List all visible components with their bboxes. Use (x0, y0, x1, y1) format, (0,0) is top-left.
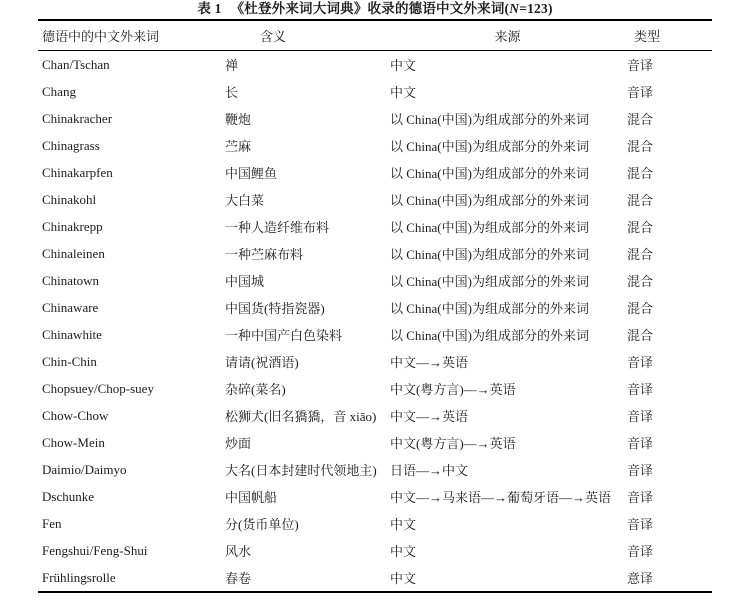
table-caption-count: =123) (519, 1, 552, 16)
cell-source: 中文 (390, 537, 625, 564)
cell-german-word: Frühlingsrolle (38, 564, 225, 592)
table-row: Chinakracher 鞭炮 以 China(中国)为组成部分的外来词 混合 (38, 105, 712, 132)
cell-source: 以 China(中国)为组成部分的外来词 (390, 186, 625, 213)
cell-source: 以 China(中国)为组成部分的外来词 (390, 105, 625, 132)
table-row: Chan/Tschan 禅 中文 音译 (38, 51, 712, 79)
cell-type: 混合 (625, 321, 712, 348)
table-row: Fengshui/Feng-Shui 风水 中文 音译 (38, 537, 712, 564)
table-row: Chopsuey/Chop-suey 杂碎(菜名) 中文(粤方言)—→英语 音译 (38, 375, 712, 402)
cell-german-word: Chinakohl (38, 186, 225, 213)
cell-source: 以 China(中国)为组成部分的外来词 (390, 132, 625, 159)
cell-meaning: 中国帆船 (225, 483, 390, 510)
cell-type: 混合 (625, 267, 712, 294)
table-row: Chinakarpfen 中国鲤鱼 以 China(中国)为组成部分的外来词 混… (38, 159, 712, 186)
cell-type: 音译 (625, 483, 712, 510)
cell-type: 音译 (625, 51, 712, 79)
cell-source: 中文 (390, 78, 625, 105)
cell-german-word: Chinatown (38, 267, 225, 294)
cell-source: 中文—→马来语—→葡萄牙语—→英语 (390, 483, 625, 510)
cell-type: 混合 (625, 213, 712, 240)
cell-type: 音译 (625, 348, 712, 375)
cell-german-word: Chinaware (38, 294, 225, 321)
cell-meaning: 炒面 (225, 429, 390, 456)
cell-german-word: Chow-Chow (38, 402, 225, 429)
cell-type: 音译 (625, 456, 712, 483)
cell-meaning: 春卷 (225, 564, 390, 592)
cell-type: 音译 (625, 78, 712, 105)
table-row: Daimio/Daimyo 大名(日本封建时代领地主) 日语—→中文 音译 (38, 456, 712, 483)
cell-meaning: 鞭炮 (225, 105, 390, 132)
cell-meaning: 一种苎麻布料 (225, 240, 390, 267)
cell-german-word: Daimio/Daimyo (38, 456, 225, 483)
cell-source: 以 China(中国)为组成部分的外来词 (390, 240, 625, 267)
cell-type: 音译 (625, 510, 712, 537)
cell-meaning: 分(货币单位) (225, 510, 390, 537)
cell-type: 混合 (625, 186, 712, 213)
table-caption-n-symbol: N (509, 1, 519, 16)
cell-source: 以 China(中国)为组成部分的外来词 (390, 294, 625, 321)
table-row: Chinatown 中国城 以 China(中国)为组成部分的外来词 混合 (38, 267, 712, 294)
table-body: Chan/Tschan 禅 中文 音译 Chang 长 中文 音译 Chinak… (38, 51, 712, 593)
cell-german-word: Chow-Mein (38, 429, 225, 456)
cell-german-word: Dschunke (38, 483, 225, 510)
table-row: Chang 长 中文 音译 (38, 78, 712, 105)
cell-meaning: 苎麻 (225, 132, 390, 159)
table-row: Dschunke 中国帆船 中文—→马来语—→葡萄牙语—→英语 音译 (38, 483, 712, 510)
table-row: Frühlingsrolle 春卷 中文 意译 (38, 564, 712, 592)
column-header-source: 来源 (390, 20, 625, 51)
cell-meaning: 长 (225, 78, 390, 105)
cell-source: 中文—→英语 (390, 402, 625, 429)
cell-type: 意译 (625, 564, 712, 592)
cell-meaning: 杂碎(菜名) (225, 375, 390, 402)
cell-meaning: 中国鲤鱼 (225, 159, 390, 186)
table-row: Chin-Chin 请请(祝酒语) 中文—→英语 音译 (38, 348, 712, 375)
cell-german-word: Chopsuey/Chop-suey (38, 375, 225, 402)
cell-source: 以 China(中国)为组成部分的外来词 (390, 321, 625, 348)
cell-type: 混合 (625, 105, 712, 132)
cell-meaning: 中国城 (225, 267, 390, 294)
cell-type: 音译 (625, 537, 712, 564)
cell-meaning: 大白菜 (225, 186, 390, 213)
cell-german-word: Chinakrepp (38, 213, 225, 240)
table-row: Chinaleinen 一种苎麻布料 以 China(中国)为组成部分的外来词 … (38, 240, 712, 267)
cell-meaning: 禅 (225, 51, 390, 79)
cell-german-word: Chin-Chin (38, 348, 225, 375)
cell-type: 混合 (625, 294, 712, 321)
cell-source: 中文(粤方言)—→英语 (390, 429, 625, 456)
cell-meaning: 松狮犬(旧名獢獢，音 xiāo) (225, 402, 390, 429)
cell-german-word: Chinagrass (38, 132, 225, 159)
cell-german-word: Chinakracher (38, 105, 225, 132)
table-header-row: 德语中的中文外来词 含义 来源 类型 (38, 20, 712, 51)
table-row: Chow-Mein 炒面 中文(粤方言)—→英语 音译 (38, 429, 712, 456)
cell-meaning: 风水 (225, 537, 390, 564)
column-header-type: 类型 (625, 20, 712, 51)
cell-german-word: Chang (38, 78, 225, 105)
cell-type: 混合 (625, 132, 712, 159)
paper-page: 表 1《杜登外来词大词典》收录的德语中文外来词(N=123) 德语中的中文外来词… (0, 0, 750, 613)
cell-meaning: 一种中国产白色染料 (225, 321, 390, 348)
cell-type: 混合 (625, 240, 712, 267)
cell-source: 中文 (390, 564, 625, 592)
cell-source: 中文 (390, 510, 625, 537)
cell-type: 音译 (625, 429, 712, 456)
loanwords-table: 德语中的中文外来词 含义 来源 类型 Chan/Tschan 禅 中文 音译 C… (38, 19, 712, 593)
cell-source: 以 China(中国)为组成部分的外来词 (390, 213, 625, 240)
cell-source: 中文 (390, 51, 625, 79)
cell-source: 中文(粤方言)—→英语 (390, 375, 625, 402)
table-caption-text: 《杜登外来词大词典》收录的德语中文外来词( (231, 1, 510, 16)
cell-german-word: Fengshui/Feng-Shui (38, 537, 225, 564)
cell-meaning: 大名(日本封建时代领地主) (225, 456, 390, 483)
cell-type: 音译 (625, 402, 712, 429)
cell-german-word: Fen (38, 510, 225, 537)
cell-meaning: 一种人造纤维布料 (225, 213, 390, 240)
table-row: Chinaware 中国货(特指瓷器) 以 China(中国)为组成部分的外来词… (38, 294, 712, 321)
cell-type: 混合 (625, 159, 712, 186)
cell-type: 音译 (625, 375, 712, 402)
cell-german-word: Chinaleinen (38, 240, 225, 267)
cell-meaning: 中国货(特指瓷器) (225, 294, 390, 321)
cell-source: 日语—→中文 (390, 456, 625, 483)
table-row: Chinagrass 苎麻 以 China(中国)为组成部分的外来词 混合 (38, 132, 712, 159)
table-row: Chow-Chow 松狮犬(旧名獢獢，音 xiāo) 中文—→英语 音译 (38, 402, 712, 429)
column-header-german-loanword: 德语中的中文外来词 (38, 20, 225, 51)
column-header-meaning: 含义 (225, 20, 390, 51)
cell-source: 中文—→英语 (390, 348, 625, 375)
table-row: Fen 分(货币单位) 中文 音译 (38, 510, 712, 537)
cell-german-word: Chinawhite (38, 321, 225, 348)
table-row: Chinawhite 一种中国产白色染料 以 China(中国)为组成部分的外来… (38, 321, 712, 348)
table-caption: 表 1《杜登外来词大词典》收录的德语中文外来词(N=123) (0, 0, 750, 19)
table-row: Chinakrepp 一种人造纤维布料 以 China(中国)为组成部分的外来词… (38, 213, 712, 240)
table-row: Chinakohl 大白菜 以 China(中国)为组成部分的外来词 混合 (38, 186, 712, 213)
cell-german-word: Chinakarpfen (38, 159, 225, 186)
cell-source: 以 China(中国)为组成部分的外来词 (390, 159, 625, 186)
cell-meaning: 请请(祝酒语) (225, 348, 390, 375)
cell-source: 以 China(中国)为组成部分的外来词 (390, 267, 625, 294)
table-caption-label: 表 1 (197, 1, 221, 16)
cell-german-word: Chan/Tschan (38, 51, 225, 79)
